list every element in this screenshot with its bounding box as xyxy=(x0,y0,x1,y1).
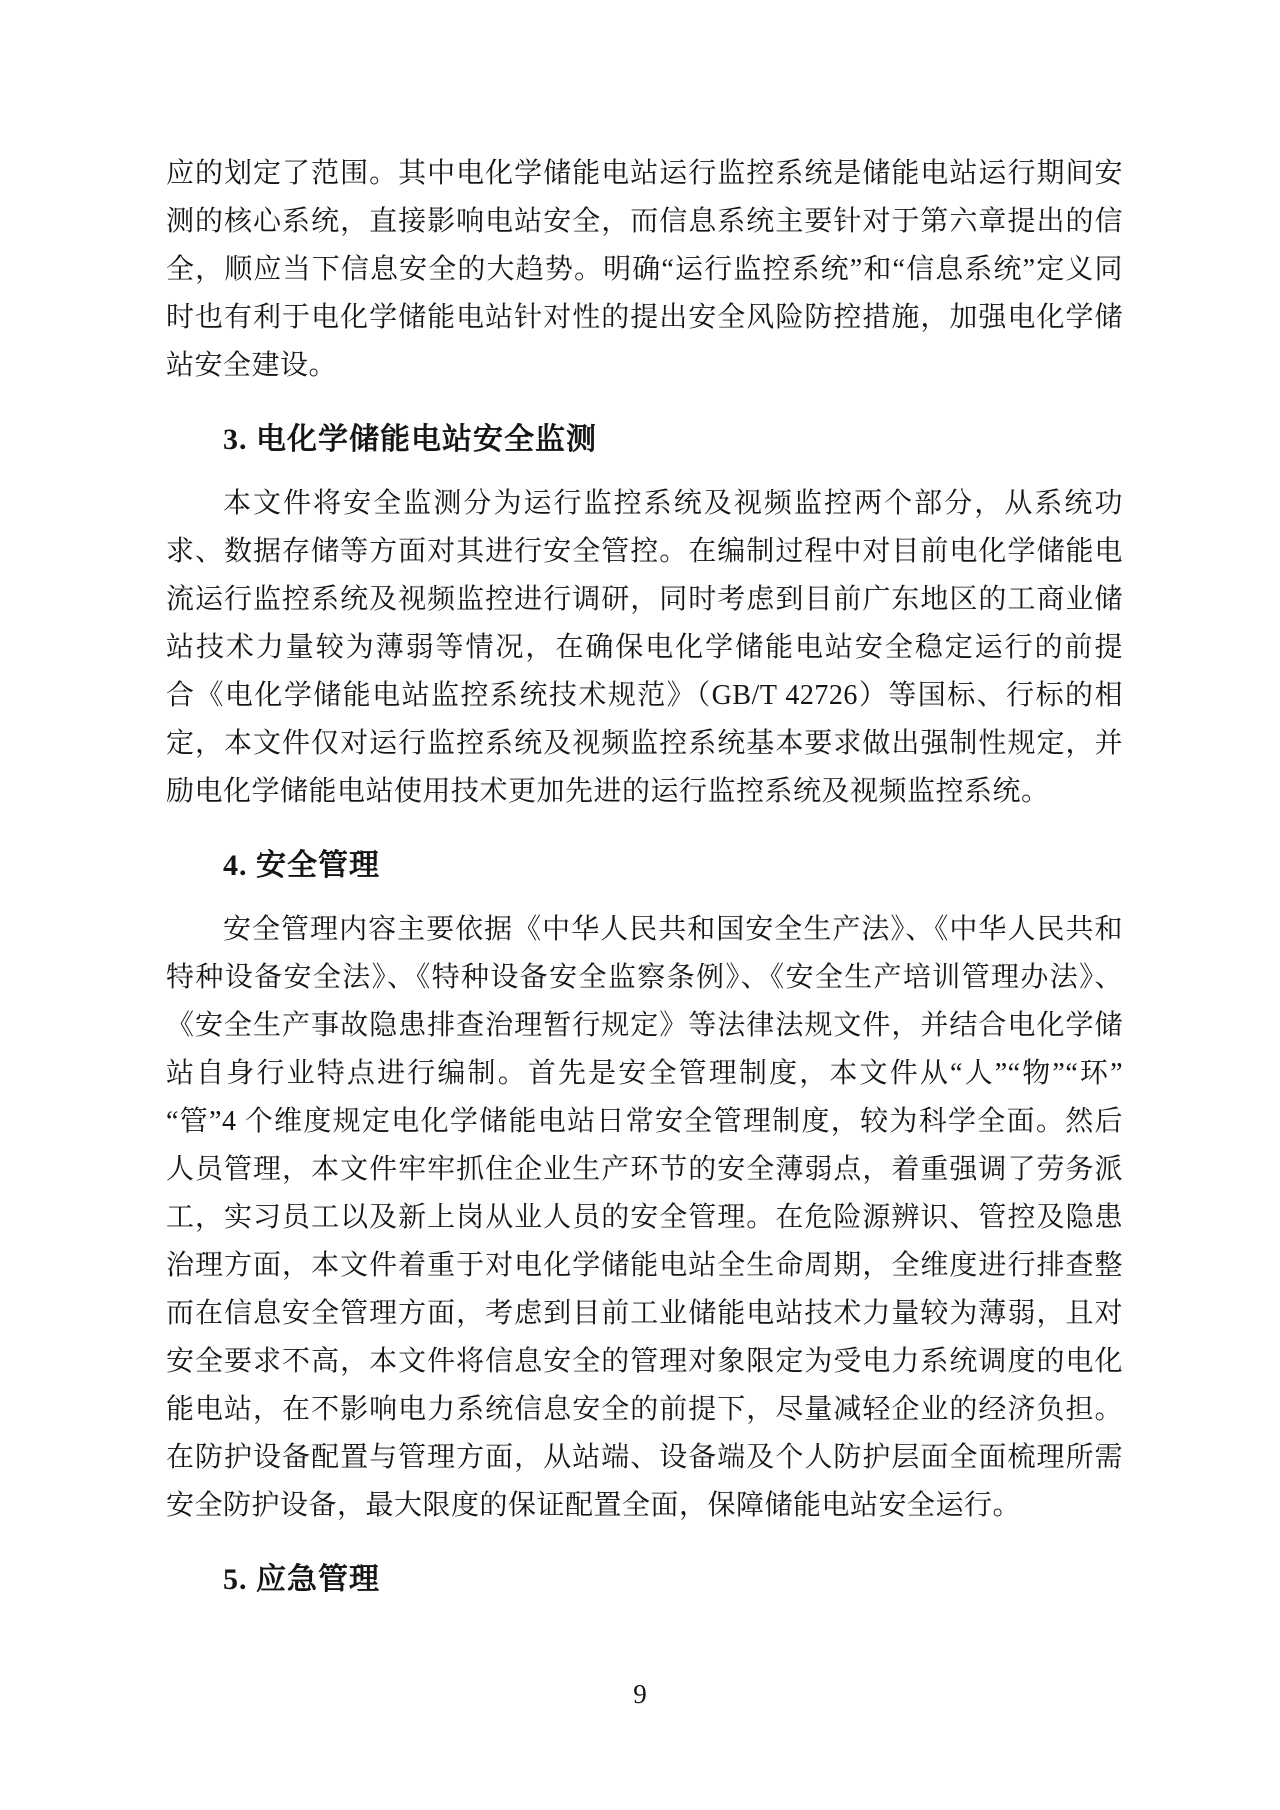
text-line: 求、数据存储等方面对其进行安全管控。在编制过程中对目前电化学储能电站主 xyxy=(166,528,1123,576)
text-line: 安全管理内容主要依据《中华人民共和国安全生产法》、《中华人民共和国 xyxy=(166,906,1123,954)
text-line: 合《电化学储能电站监控系统技术规范》（GB/T 42726）等国标、行标的相关规 xyxy=(166,672,1123,720)
text-line: 应的划定了范围。其中电化学储能电站运行监控系统是储能电站运行期间安全监 xyxy=(166,150,1123,198)
section-heading: 5. 应急管理 xyxy=(166,1556,1123,1604)
text-line: 在防护设备配置与管理方面，从站端、设备端及个人防护层面全面梳理所需配置 xyxy=(166,1434,1123,1482)
document-content: 应的划定了范围。其中电化学储能电站运行监控系统是储能电站运行期间安全监测的核心系… xyxy=(166,150,1123,1604)
text-line: 工，实习员工以及新上岗从业人员的安全管理。在危险源辨识、管控及隐患排查 xyxy=(166,1194,1123,1242)
text-line: 励电化学储能电站使用技术更加先进的运行监控系统及视频监控系统。 xyxy=(166,768,1123,816)
text-line: 能电站，在不影响电力系统信息安全的前提下，尽量减轻企业的经济负担。最后 xyxy=(166,1386,1123,1434)
text-line: 安全防护设备，最大限度的保证配置全面，保障储能电站安全运行。 xyxy=(166,1482,1123,1530)
text-line: 人员管理，本文件牢牢抓住企业生产环节的安全薄弱点，着重强调了劳务派遣员 xyxy=(166,1146,1123,1194)
text-line: 站自身行业特点进行编制。首先是安全管理制度，本文件从“人”“物”“环” xyxy=(166,1050,1123,1098)
text-line: 治理方面，本文件着重于对电化学储能电站全生命周期，全维度进行排查整治。 xyxy=(166,1242,1123,1290)
text-line: 测的核心系统，直接影响电站安全，而信息系统主要针对于第六章提出的信息安 xyxy=(166,198,1123,246)
text-line: 站技术力量较为薄弱等情况，在确保电化学储能电站安全稳定运行的前提下，结 xyxy=(166,624,1123,672)
section-heading: 4. 安全管理 xyxy=(166,842,1123,890)
text-line: 特种设备安全法》、《特种设备安全监察条例》、《安全生产培训管理办法》、 xyxy=(166,954,1123,1002)
text-line: 时也有利于电化学储能电站针对性的提出安全风险防控措施，加强电化学储能电 xyxy=(166,294,1123,342)
text-line: 本文件将安全监测分为运行监控系统及视频监控两个部分，从系统功能、要 xyxy=(166,480,1123,528)
text-line: 流运行监控系统及视频监控进行调研，同时考虑到目前广东地区的工商业储能电 xyxy=(166,576,1123,624)
paragraph: 安全管理内容主要依据《中华人民共和国安全生产法》、《中华人民共和国特种设备安全法… xyxy=(166,906,1123,1530)
text-line: 而在信息安全管理方面，考虑到目前工业储能电站技术力量较为薄弱，且对信息 xyxy=(166,1290,1123,1338)
page-number: 9 xyxy=(0,1676,1280,1712)
paragraph: 应的划定了范围。其中电化学储能电站运行监控系统是储能电站运行期间安全监测的核心系… xyxy=(166,150,1123,390)
paragraph: 本文件将安全监测分为运行监控系统及视频监控两个部分，从系统功能、要求、数据存储等… xyxy=(166,480,1123,816)
text-line: 站安全建设。 xyxy=(166,342,1123,390)
section-heading: 3. 电化学储能电站安全监测 xyxy=(166,416,1123,464)
text-line: 定，本文件仅对运行监控系统及视频监控系统基本要求做出强制性规定，并且鼓 xyxy=(166,720,1123,768)
text-line: 安全要求不高，本文件将信息安全的管理对象限定为受电力系统调度的电化学储 xyxy=(166,1338,1123,1386)
text-line: “管”4 个维度规定电化学储能电站日常安全管理制度，较为科学全面。然后是 xyxy=(166,1098,1123,1146)
text-line: 全，顺应当下信息安全的大趋势。明确“运行监控系统”和“信息系统”定义同 xyxy=(166,246,1123,294)
text-line: 《安全生产事故隐患排查治理暂行规定》等法律法规文件，并结合电化学储能电 xyxy=(166,1002,1123,1050)
document-page: 应的划定了范围。其中电化学储能电站运行监控系统是储能电站运行期间安全监测的核心系… xyxy=(0,0,1280,1810)
